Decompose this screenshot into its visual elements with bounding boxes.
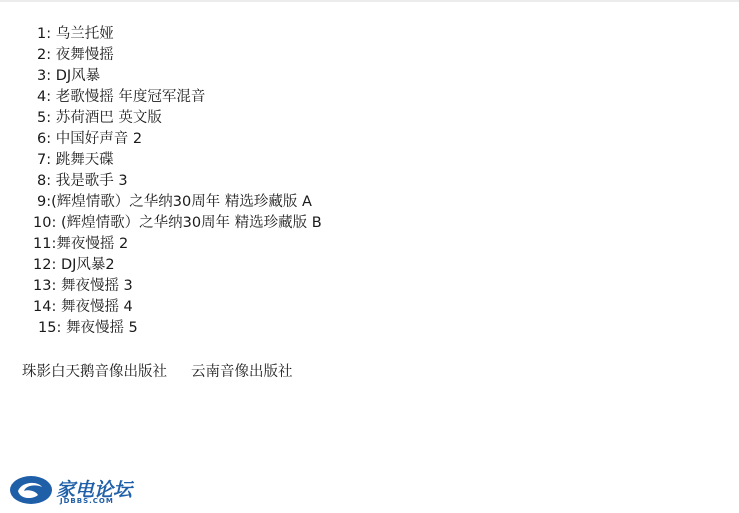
track-item: 1: 乌兰托娅 <box>37 24 114 45</box>
track-number: 2: <box>37 47 51 63</box>
track-title: 苏荷酒巴 英文版 <box>56 110 162 126</box>
track-number: 5: <box>37 110 51 126</box>
publisher-2: 云南音像出版社 <box>191 360 293 381</box>
track-title: 舞夜慢摇 2 <box>56 236 128 252</box>
track-title: 我是歌手 3 <box>56 173 128 189</box>
track-number: 11: <box>33 236 56 252</box>
track-item: 5: 苏荷酒巴 英文版 <box>37 108 162 129</box>
top-border <box>0 0 739 2</box>
track-number: 13: <box>33 278 56 294</box>
track-title: 舞夜慢摇 5 <box>66 320 138 336</box>
track-item: 15: 舞夜慢摇 5 <box>38 318 138 339</box>
track-number: 12: <box>33 257 56 273</box>
watermark-url: JDBBS.COM <box>60 497 114 505</box>
publishers-line: 珠影白天鹅音像出版社云南音像出版社 <box>22 360 293 381</box>
track-item: 7: 跳舞天碟 <box>37 150 114 171</box>
track-title: 夜舞慢摇 <box>56 47 114 63</box>
track-number: 1: <box>37 26 51 42</box>
track-title: 舞夜慢摇 4 <box>61 299 133 315</box>
track-number: 7: <box>37 152 51 168</box>
track-title: 中国好声音 2 <box>56 131 142 147</box>
track-number: 3: <box>37 68 51 84</box>
track-number: 9: <box>37 194 51 210</box>
track-number: 14: <box>33 299 56 315</box>
swirl-logo-icon <box>8 473 54 507</box>
track-item: 8: 我是歌手 3 <box>37 171 128 192</box>
track-title: 舞夜慢摇 3 <box>61 278 133 294</box>
track-title: (辉煌情歌）之华纳30周年 精选珍藏版 A <box>51 194 312 210</box>
track-number: 4: <box>37 89 51 105</box>
track-title: (辉煌情歌）之华纳30周年 精选珍藏版 B <box>61 215 322 231</box>
track-item: 12: DJ风暴2 <box>33 255 115 276</box>
track-number: 10: <box>33 215 56 231</box>
track-title: 乌兰托娅 <box>56 26 114 42</box>
track-title: DJ风暴 <box>56 68 100 84</box>
track-item: 3: DJ风暴 <box>37 66 100 87</box>
track-number: 15: <box>38 320 61 336</box>
track-item: 2: 夜舞慢摇 <box>37 45 114 66</box>
track-item: 10: (辉煌情歌）之华纳30周年 精选珍藏版 B <box>33 213 322 234</box>
track-item: 9:(辉煌情歌）之华纳30周年 精选珍藏版 A <box>37 192 312 213</box>
track-item: 11:舞夜慢摇 2 <box>33 234 128 255</box>
track-item: 4: 老歌慢摇 年度冠军混音 <box>37 87 205 108</box>
track-item: 6: 中国好声音 2 <box>37 129 142 150</box>
track-title: 老歌慢摇 年度冠军混音 <box>56 89 206 105</box>
track-item: 13: 舞夜慢摇 3 <box>33 276 133 297</box>
track-title: DJ风暴2 <box>61 257 115 273</box>
publisher-1: 珠影白天鹅音像出版社 <box>22 360 167 381</box>
track-number: 8: <box>37 173 51 189</box>
track-number: 6: <box>37 131 51 147</box>
watermark-logo: 家电论坛 JDBBS.COM <box>8 473 138 509</box>
track-title: 跳舞天碟 <box>56 152 114 168</box>
track-item: 14: 舞夜慢摇 4 <box>33 297 133 318</box>
